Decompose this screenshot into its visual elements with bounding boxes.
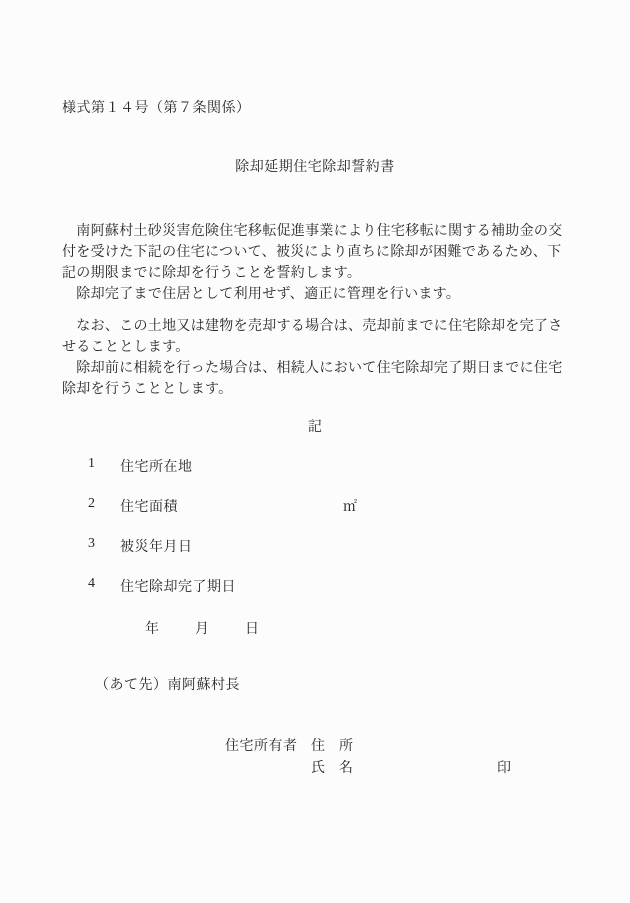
item-number: 2 bbox=[88, 496, 95, 512]
document-page: 様式第１４号（第７条関係） 除却延期住宅除却誓約書 南阿蘇村土砂災害危険住宅移転… bbox=[0, 0, 630, 903]
paragraph-line: 除却を行うこととします。 bbox=[62, 379, 568, 400]
pledge-paragraph-1: 南阿蘇村土砂災害危険住宅移転促進事業により住宅移転に関する補助金の交 付を受けた… bbox=[62, 221, 568, 305]
paragraph-line: 除却前に相続を行った場合は、相続人において住宅除却完了期日までに住宅 bbox=[62, 358, 568, 379]
paragraph-line: 付を受けた下記の住宅について、被災により直ちに除却が困難であるため、下 bbox=[62, 242, 568, 263]
name-label: 氏 名 bbox=[311, 757, 353, 777]
item-label: 被災年月日 bbox=[120, 536, 193, 556]
record-marker: 記 bbox=[0, 416, 630, 436]
square-meter-unit-label: ㎡ bbox=[343, 496, 357, 516]
form-item-house-location: 1 住宅所在地 bbox=[0, 456, 630, 476]
pledge-paragraph-2: なお、この土地又は建物を売却する場合は、売却前までに住宅除却を完了さ せることと… bbox=[62, 316, 568, 400]
item-label: 住宅除却完了期日 bbox=[120, 576, 236, 596]
item-number: 3 bbox=[88, 536, 95, 552]
item-number: 4 bbox=[88, 576, 95, 592]
form-item-house-area: 2 住宅面積 ㎡ bbox=[0, 496, 630, 516]
year-label: 年 bbox=[145, 618, 159, 638]
item-number: 1 bbox=[88, 456, 95, 472]
form-item-demolition-deadline: 4 住宅除却完了期日 bbox=[0, 576, 630, 596]
day-label: 日 bbox=[245, 618, 259, 638]
house-owner-label: 住宅所有者 bbox=[225, 735, 298, 755]
paragraph-line: なお、この土地又は建物を売却する場合は、売却前までに住宅除却を完了さ bbox=[62, 316, 568, 337]
paragraph-line: せることとします。 bbox=[62, 337, 568, 358]
paragraph-line: 除却完了まで住居として利用せず、適正に管理を行います。 bbox=[62, 284, 568, 305]
document-title: 除却延期住宅除却誓約書 bbox=[0, 156, 630, 176]
form-number: 様式第１４号（第７条関係） bbox=[62, 97, 251, 117]
form-item-disaster-date: 3 被災年月日 bbox=[0, 536, 630, 556]
item-label: 住宅面積 bbox=[120, 496, 178, 516]
item-label: 住宅所在地 bbox=[120, 456, 193, 476]
address-label: 住 所 bbox=[311, 735, 353, 755]
seal-label: 印 bbox=[497, 757, 511, 777]
signature-row-owner-address: 住宅所有者 住 所 bbox=[0, 735, 630, 755]
paragraph-line: 南阿蘇村土砂災害危険住宅移転促進事業により住宅移転に関する補助金の交 bbox=[62, 221, 568, 242]
paragraph-line: 記の期限までに除却を行うことを誓約します。 bbox=[62, 263, 568, 284]
signature-row-name-seal: 氏 名 印 bbox=[0, 757, 630, 777]
month-label: 月 bbox=[195, 618, 209, 638]
addressee-line: （あて先）南阿蘇村長 bbox=[95, 674, 240, 694]
date-fill-in-line: 年 月 日 bbox=[0, 618, 630, 638]
